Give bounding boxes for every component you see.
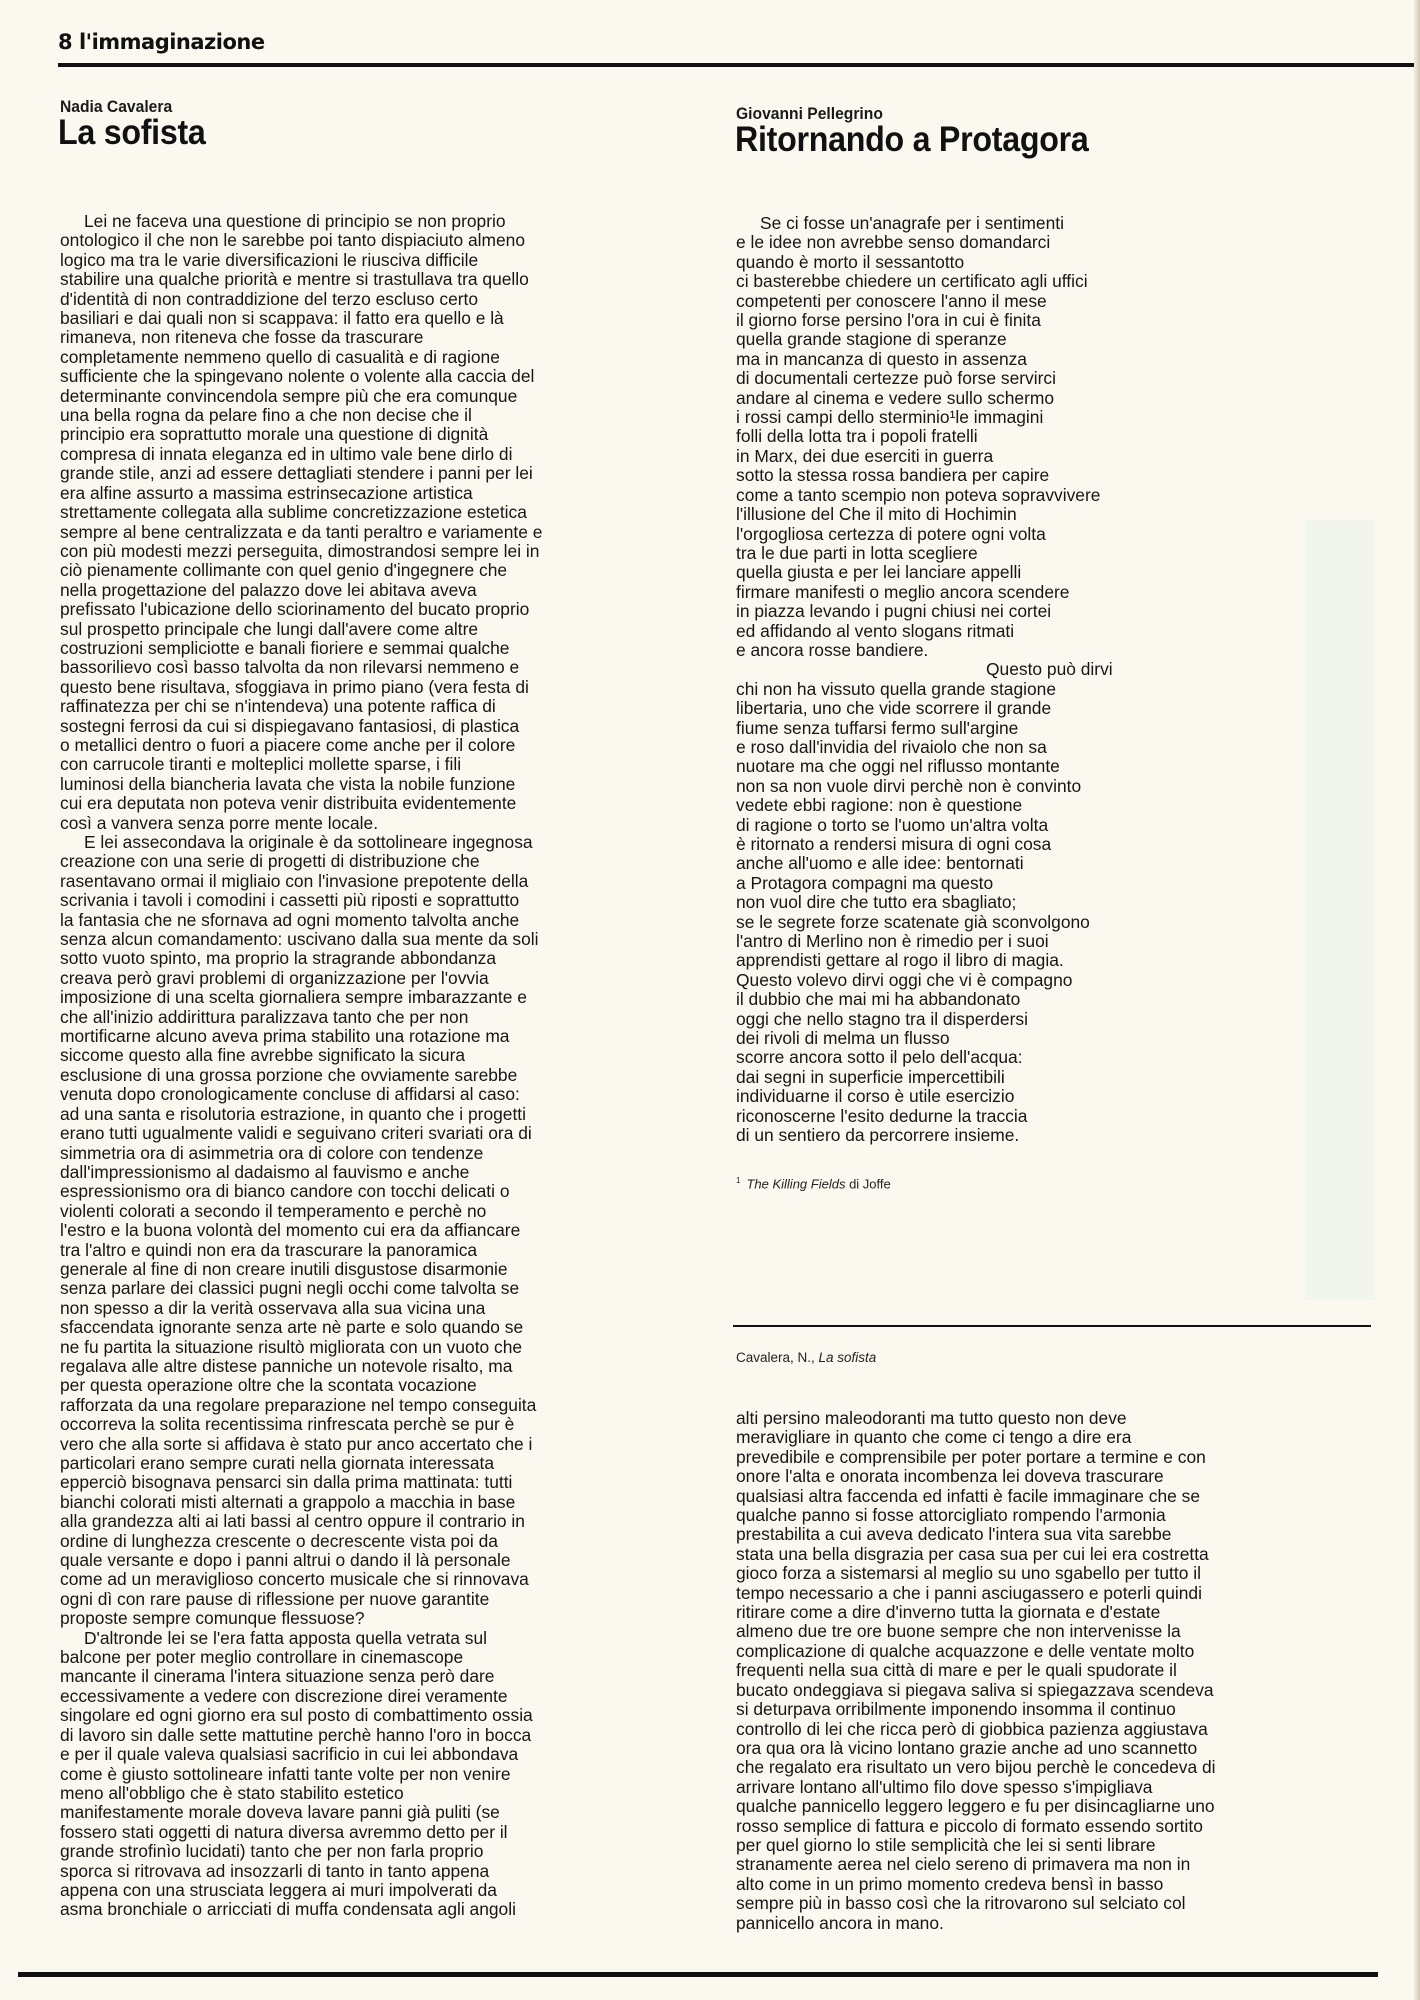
text-line: onore l'alta e onorata incombenza lei do…: [736, 1467, 1376, 1486]
text-line: compresa di innata eleganza ed in ultimo…: [60, 445, 700, 464]
text-line: fiume senza tuffarsi fermo sull'argine: [736, 719, 1336, 738]
text-line: il giorno forse persino l'ora in cui è f…: [736, 311, 1336, 330]
text-line: particolari erano sempre curati nella gi…: [60, 1454, 700, 1473]
text-line: l'orgogliosa certezza di potere ogni vol…: [736, 525, 1336, 544]
text-line: espressionismo ora di bianco candore con…: [60, 1182, 700, 1201]
text-line: anche all'uomo e alle idee: bentornati: [736, 854, 1336, 873]
text-line: o metallici dentro o fuori a piacere com…: [60, 736, 700, 755]
text-line: sostegni ferrosi da cui si dispiegavano …: [60, 717, 700, 736]
text-line: ne fu partita la situazione risultò migl…: [60, 1338, 700, 1357]
text-line: è ritornato a rendersi misura di ogni co…: [736, 835, 1336, 854]
text-line: quella grande stagione di speranze: [736, 330, 1336, 349]
text-line: ci basterebbe chiedere un certificato ag…: [736, 272, 1336, 291]
text-line: stranamente aerea nel cielo sereno di pr…: [736, 1855, 1376, 1874]
text-line: sporca si ritrovava ad insozzarli di tan…: [60, 1862, 700, 1881]
text-line: andare al cinema e vedere sullo schermo: [736, 389, 1336, 408]
text-line: i rossi campi dello sterminio¹le immagin…: [736, 408, 1336, 427]
text-line: tra l'altro e quindi non era da trascura…: [60, 1241, 700, 1260]
text-line: tempo necessario a che i panni asciugass…: [736, 1584, 1376, 1603]
text-line: asma bronchiale o arricciati di muffa co…: [60, 1900, 700, 1919]
text-line: e le idee non avrebbe senso domandarci: [736, 233, 1336, 252]
text-line: stabilire una qualche priorità e mentre …: [60, 270, 700, 289]
text-line: così a vanvera senza porre mente locale.: [60, 814, 700, 833]
text-line: d'identità di non contraddizione del ter…: [60, 290, 700, 309]
text-line: ontologico il che non le sarebbe poi tan…: [60, 231, 700, 250]
text-line: regalava alle altre distese panniche un …: [60, 1357, 700, 1376]
text-line: balcone per poter meglio controllare in …: [60, 1648, 700, 1667]
text-line: folli della lotta tra i popoli fratelli: [736, 427, 1336, 446]
right-title: Ritornando a Protagora: [735, 120, 1089, 160]
text-line: a Protagora compagni ma questo: [736, 874, 1336, 893]
continuation-body: alti persino maleodoranti ma tutto quest…: [736, 1409, 1376, 1933]
text-line: cui era deputata non poteva venir distri…: [60, 794, 700, 813]
text-line: chi non ha vissuto quella grande stagion…: [736, 680, 1336, 699]
text-line: che all'inizio addirittura paralizzava t…: [60, 1008, 700, 1027]
text-line: quella giusta e per lei lanciare appelli: [736, 563, 1336, 582]
text-line: di un sentiero da percorrere insieme.: [736, 1126, 1336, 1145]
text-line: mancante il cinerama l'intera situazione…: [60, 1667, 700, 1686]
text-line: Lei ne faceva una questione di principio…: [60, 212, 700, 231]
text-line: mortificarne alcuno aveva prima stabilit…: [60, 1027, 700, 1046]
text-line: Questo volevo dirvi oggi che vi è compag…: [736, 971, 1336, 990]
text-line: non vuol dire che tutto era sbagliato;: [736, 893, 1336, 912]
page-number: 8: [58, 30, 72, 54]
text-line: prestabilita a cui aveva dedicato l'inte…: [736, 1525, 1376, 1544]
text-line: quale versante e dopo i panni altrui o d…: [60, 1551, 700, 1570]
text-line: ora qua ora là vicino lontano grazie anc…: [736, 1739, 1376, 1758]
text-line: dall'impressionismo al dadaismo al fauvi…: [60, 1163, 700, 1182]
text-line: E lei assecondava la originale è da sott…: [60, 833, 700, 852]
text-line: complicazione di qualche acquazzone e de…: [736, 1642, 1376, 1661]
text-line: individuarne il corso è utile esercizio: [736, 1087, 1336, 1106]
text-line: rosso semplice di fattura e piccolo di f…: [736, 1817, 1376, 1836]
text-line: completamente nemmeno quello di casualit…: [60, 348, 700, 367]
text-line: ed affidando al vento slogans ritmati: [736, 622, 1336, 641]
text-line: siccome questo alla fine avrebbe signifi…: [60, 1046, 700, 1065]
text-line: era alfine assurto a massima estrinsecaz…: [60, 484, 700, 503]
text-line: di lavoro sin dalle sette mattutine perc…: [60, 1726, 700, 1745]
text-line: singolare ed ogni giorno era sul posto d…: [60, 1706, 700, 1725]
text-line: principio era soprattutto morale una que…: [60, 425, 700, 444]
text-line: l'antro di Merlino non è rimedio per i s…: [736, 932, 1336, 951]
text-line: bassorilievo così basso talvolta da non …: [60, 658, 700, 677]
text-line: basiliari e dai quali non si scappava: i…: [60, 309, 700, 328]
text-line: tra le due parti in lotta scegliere: [736, 544, 1336, 563]
footnote-rest: di Joffe: [845, 1176, 890, 1191]
text-line: creava però gravi problemi di organizzaz…: [60, 969, 700, 988]
text-line: nuotare ma che oggi nel riflusso montant…: [736, 757, 1336, 776]
text-line: strettamente collegata alla sublime conc…: [60, 503, 700, 522]
text-line: grande stile, anzi ad essere dettagliati…: [60, 464, 700, 483]
text-line: che regalato era risultato un vero bijou…: [736, 1758, 1376, 1777]
text-line: arrivare lontano all'ultimo filo dove sp…: [736, 1778, 1376, 1797]
text-line: manifestamente morale doveva lavare pann…: [60, 1803, 700, 1822]
text-line: riconoscerne l'esito dedurne la traccia: [736, 1107, 1336, 1126]
text-line: costruzioni sempliciotte e banali fiorie…: [60, 639, 700, 658]
text-line: non sa non vuole dirvi perchè non è conv…: [736, 777, 1336, 796]
text-line: come ad un meraviglioso concerto musical…: [60, 1570, 700, 1589]
text-line: Se ci fosse un'anagrafe per i sentimenti: [736, 214, 1336, 233]
text-line: sotto vuoto spinto, ma proprio la stragr…: [60, 949, 700, 968]
text-line: erano tutti ugualmente validi e seguivan…: [60, 1124, 700, 1143]
text-line: ordine di lunghezza crescente o decresce…: [60, 1532, 700, 1551]
text-line: l'estro e la buona volontà del momento c…: [60, 1221, 700, 1240]
text-line: in Marx, dei due eserciti in guerra: [736, 447, 1336, 466]
text-line: scorre ancora sotto il pelo dell'acqua:: [736, 1048, 1336, 1067]
bottom-rule: [18, 1972, 1378, 1977]
text-line: ma in mancanza di questo in assenza: [736, 350, 1336, 369]
text-line: e ancora rosse bandiere.: [736, 641, 1336, 660]
text-line: l'illusione del Che il mito di Hochimin: [736, 505, 1336, 524]
text-line: sotto la stessa rossa bandiera per capir…: [736, 466, 1336, 485]
text-line: qualche panno si fosse attorcigliato rom…: [736, 1506, 1376, 1525]
text-line: prevedibile e comprensibile per poter po…: [736, 1448, 1376, 1467]
citation-author: Cavalera, N.,: [736, 1350, 819, 1365]
text-line: con carrucole tiranti e molteplici molle…: [60, 755, 700, 774]
text-line: bucato ondeggiava si piegava saliva si s…: [736, 1681, 1376, 1700]
text-line: senza alcun comandamento: uscivano dalla…: [60, 930, 700, 949]
text-line: una bella rogna da pelare fino a che non…: [60, 406, 700, 425]
text-line: prefissato l'ubicazione dello scioriname…: [60, 600, 700, 619]
text-line: appena con una strusciata leggera ai mur…: [60, 1881, 700, 1900]
citation-title: La sofista: [819, 1350, 877, 1365]
text-line: sfaccendata ignorante senza arte nè part…: [60, 1318, 700, 1337]
text-line: ogni dì con rare pause di riflessione pe…: [60, 1590, 700, 1609]
text-line: logico ma tra le varie diversificazioni …: [60, 251, 700, 270]
text-line: qualche pannicello leggero leggero e fu …: [736, 1797, 1376, 1816]
text-line: bianchi colorati misti alternati a grapp…: [60, 1493, 700, 1512]
text-line: proposte sempre comunque flessuose?: [60, 1609, 700, 1628]
text-line: questo bene risultava, sfoggiava in prim…: [60, 678, 700, 697]
text-line: oggi che nello stagno tra il disperdersi: [736, 1010, 1336, 1029]
text-line: eccessivamente a vedere con discrezione …: [60, 1687, 700, 1706]
text-line: la fantasia che ne sfornava ad ogni mome…: [60, 911, 700, 930]
text-line: sempre al bene centralizzata e da tanti …: [60, 523, 700, 542]
text-line: vero che alla sorte si affidava è stato …: [60, 1435, 700, 1454]
text-line: D'altronde lei se l'era fatta apposta qu…: [60, 1629, 700, 1648]
text-line: alla grandezza alti ai lati bassi al cen…: [60, 1512, 700, 1531]
text-line: sul prospetto principale che lungi dall'…: [60, 620, 700, 639]
text-line: qualsiasi altra faccenda ed infatti è fa…: [736, 1487, 1376, 1506]
text-line: il dubbio che mai mi ha abbandonato: [736, 990, 1336, 1009]
text-line: Questo può dirvi: [736, 660, 1336, 679]
text-line: quando è morto il sessantotto: [736, 253, 1336, 272]
text-line: come è giusto sottolineare infatti tante…: [60, 1765, 700, 1784]
text-line: rasentavano ormai il migliaio con l'inva…: [60, 872, 700, 891]
footnote: 1The Killing Fields di Joffe: [736, 1176, 891, 1191]
text-line: firmare manifesti o meglio ancora scende…: [736, 583, 1336, 602]
page-edge: [1414, 0, 1420, 2000]
text-line: rafforzata da una regolare preparazione …: [60, 1396, 700, 1415]
text-line: per questa operazione oltre che la scont…: [60, 1376, 700, 1395]
text-line: controllo di lei che ricca però di giobb…: [736, 1720, 1376, 1739]
text-line: come a tanto scempio non poteva sopravvi…: [736, 486, 1336, 505]
text-line: ad una santa e risolutoria estrazione, i…: [60, 1105, 700, 1124]
text-line: meravigliare in quanto che come ci tengo…: [736, 1428, 1376, 1447]
text-line: in piazza levando i pugni chiusi nei cor…: [736, 602, 1336, 621]
section-divider: [733, 1325, 1371, 1327]
top-rule: [58, 63, 1420, 67]
text-line: esclusione di una grossa porzione che ov…: [60, 1066, 700, 1085]
text-line: rimaneva, non riteneva che fosse da tras…: [60, 328, 700, 347]
text-line: imposizione di una scelta giornaliera se…: [60, 988, 700, 1007]
text-line: senza parlare dei classici pugni negli o…: [60, 1279, 700, 1298]
text-line: occorreva la solita recentissima rinfres…: [60, 1415, 700, 1434]
left-title: La sofista: [58, 113, 206, 153]
text-line: epperciò bisognava pensarci sin dalla pr…: [60, 1473, 700, 1492]
text-line: almeno due tre ore buone sempre che non …: [736, 1622, 1376, 1641]
text-line: ciò pienamente collimante con quel genio…: [60, 561, 700, 580]
text-line: dei rivoli di melma un flusso: [736, 1029, 1336, 1048]
text-line: pannicello ancora in mano.: [736, 1914, 1376, 1933]
text-line: libertaria, uno che vide scorrere il gra…: [736, 699, 1336, 718]
text-line: alti persino maleodoranti ma tutto quest…: [736, 1409, 1376, 1428]
text-line: vedete ebbi ragione: non è questione: [736, 796, 1336, 815]
text-line: creazione con una serie di progetti di d…: [60, 852, 700, 871]
text-line: meno all'obbligo che è stato stabilito e…: [60, 1784, 700, 1803]
text-line: stata una bella disgrazia per casa sua p…: [736, 1545, 1376, 1564]
text-line: determinante convincendola sempre più ch…: [60, 387, 700, 406]
text-line: alto come in un primo momento credeva be…: [736, 1875, 1376, 1894]
continuation-citation: Cavalera, N., La sofista: [736, 1350, 876, 1365]
text-line: luminosi della biancheria lavata che vis…: [60, 775, 700, 794]
page-header: 8 l'immaginazione: [58, 30, 265, 54]
text-line: generale al fine di non creare inutili d…: [60, 1260, 700, 1279]
text-line: di ragione o torto se l'uomo un'altra vo…: [736, 816, 1336, 835]
text-line: violenti colorati a secondo il temperame…: [60, 1202, 700, 1221]
text-line: sufficiente che la spingevano nolente o …: [60, 367, 700, 386]
magazine-name: l'immaginazione: [79, 30, 265, 54]
footnote-marker: 1: [736, 1176, 740, 1185]
text-line: sempre più in basso così che la ritrovar…: [736, 1894, 1376, 1913]
text-line: si deturpava orribilmente imponendo inso…: [736, 1700, 1376, 1719]
text-line: dai segni in superficie impercettibili: [736, 1068, 1336, 1087]
text-line: e roso dall'invidia del rivaiolo che non…: [736, 738, 1336, 757]
text-line: per quel giorno lo stile semplicità che …: [736, 1836, 1376, 1855]
text-line: ritirare come a dire d'inverno tutta la …: [736, 1603, 1376, 1622]
text-line: se le segrete forze scatenate già sconvo…: [736, 913, 1336, 932]
text-line: simmetria ora di asimmetria ora di color…: [60, 1144, 700, 1163]
footnote-film-title: The Killing Fields: [746, 1176, 845, 1191]
text-line: non spesso a dir la verità osservava all…: [60, 1299, 700, 1318]
text-line: apprendisti gettare al rogo il libro di …: [736, 951, 1336, 970]
text-line: fossero stati oggetti di natura diversa …: [60, 1823, 700, 1842]
right-article-body: Se ci fosse un'anagrafe per i sentimenti…: [736, 214, 1336, 1146]
text-line: competenti per conoscere l'anno il mese: [736, 292, 1336, 311]
text-line: gioco forza a sistemarsi al meglio su un…: [736, 1564, 1376, 1583]
text-line: con più modesti mezzi perseguita, dimost…: [60, 542, 700, 561]
text-line: e per il quale valeva qualsiasi sacrific…: [60, 1745, 700, 1764]
text-line: venuta dopo cronologicamente concluse di…: [60, 1085, 700, 1104]
text-line: frequenti nella sua città di mare e per …: [736, 1661, 1376, 1680]
text-line: scrivania i tavoli i comodini i cassetti…: [60, 891, 700, 910]
text-line: di documentali certezze può forse servir…: [736, 369, 1336, 388]
left-article-body: Lei ne faceva una questione di principio…: [60, 212, 700, 1920]
text-line: nella progettazione del palazzo dove lei…: [60, 581, 700, 600]
text-line: grande strofinìo lucidati) tanto che per…: [60, 1842, 700, 1861]
text-line: raffinatezza per chi se n'intendeva) una…: [60, 697, 700, 716]
